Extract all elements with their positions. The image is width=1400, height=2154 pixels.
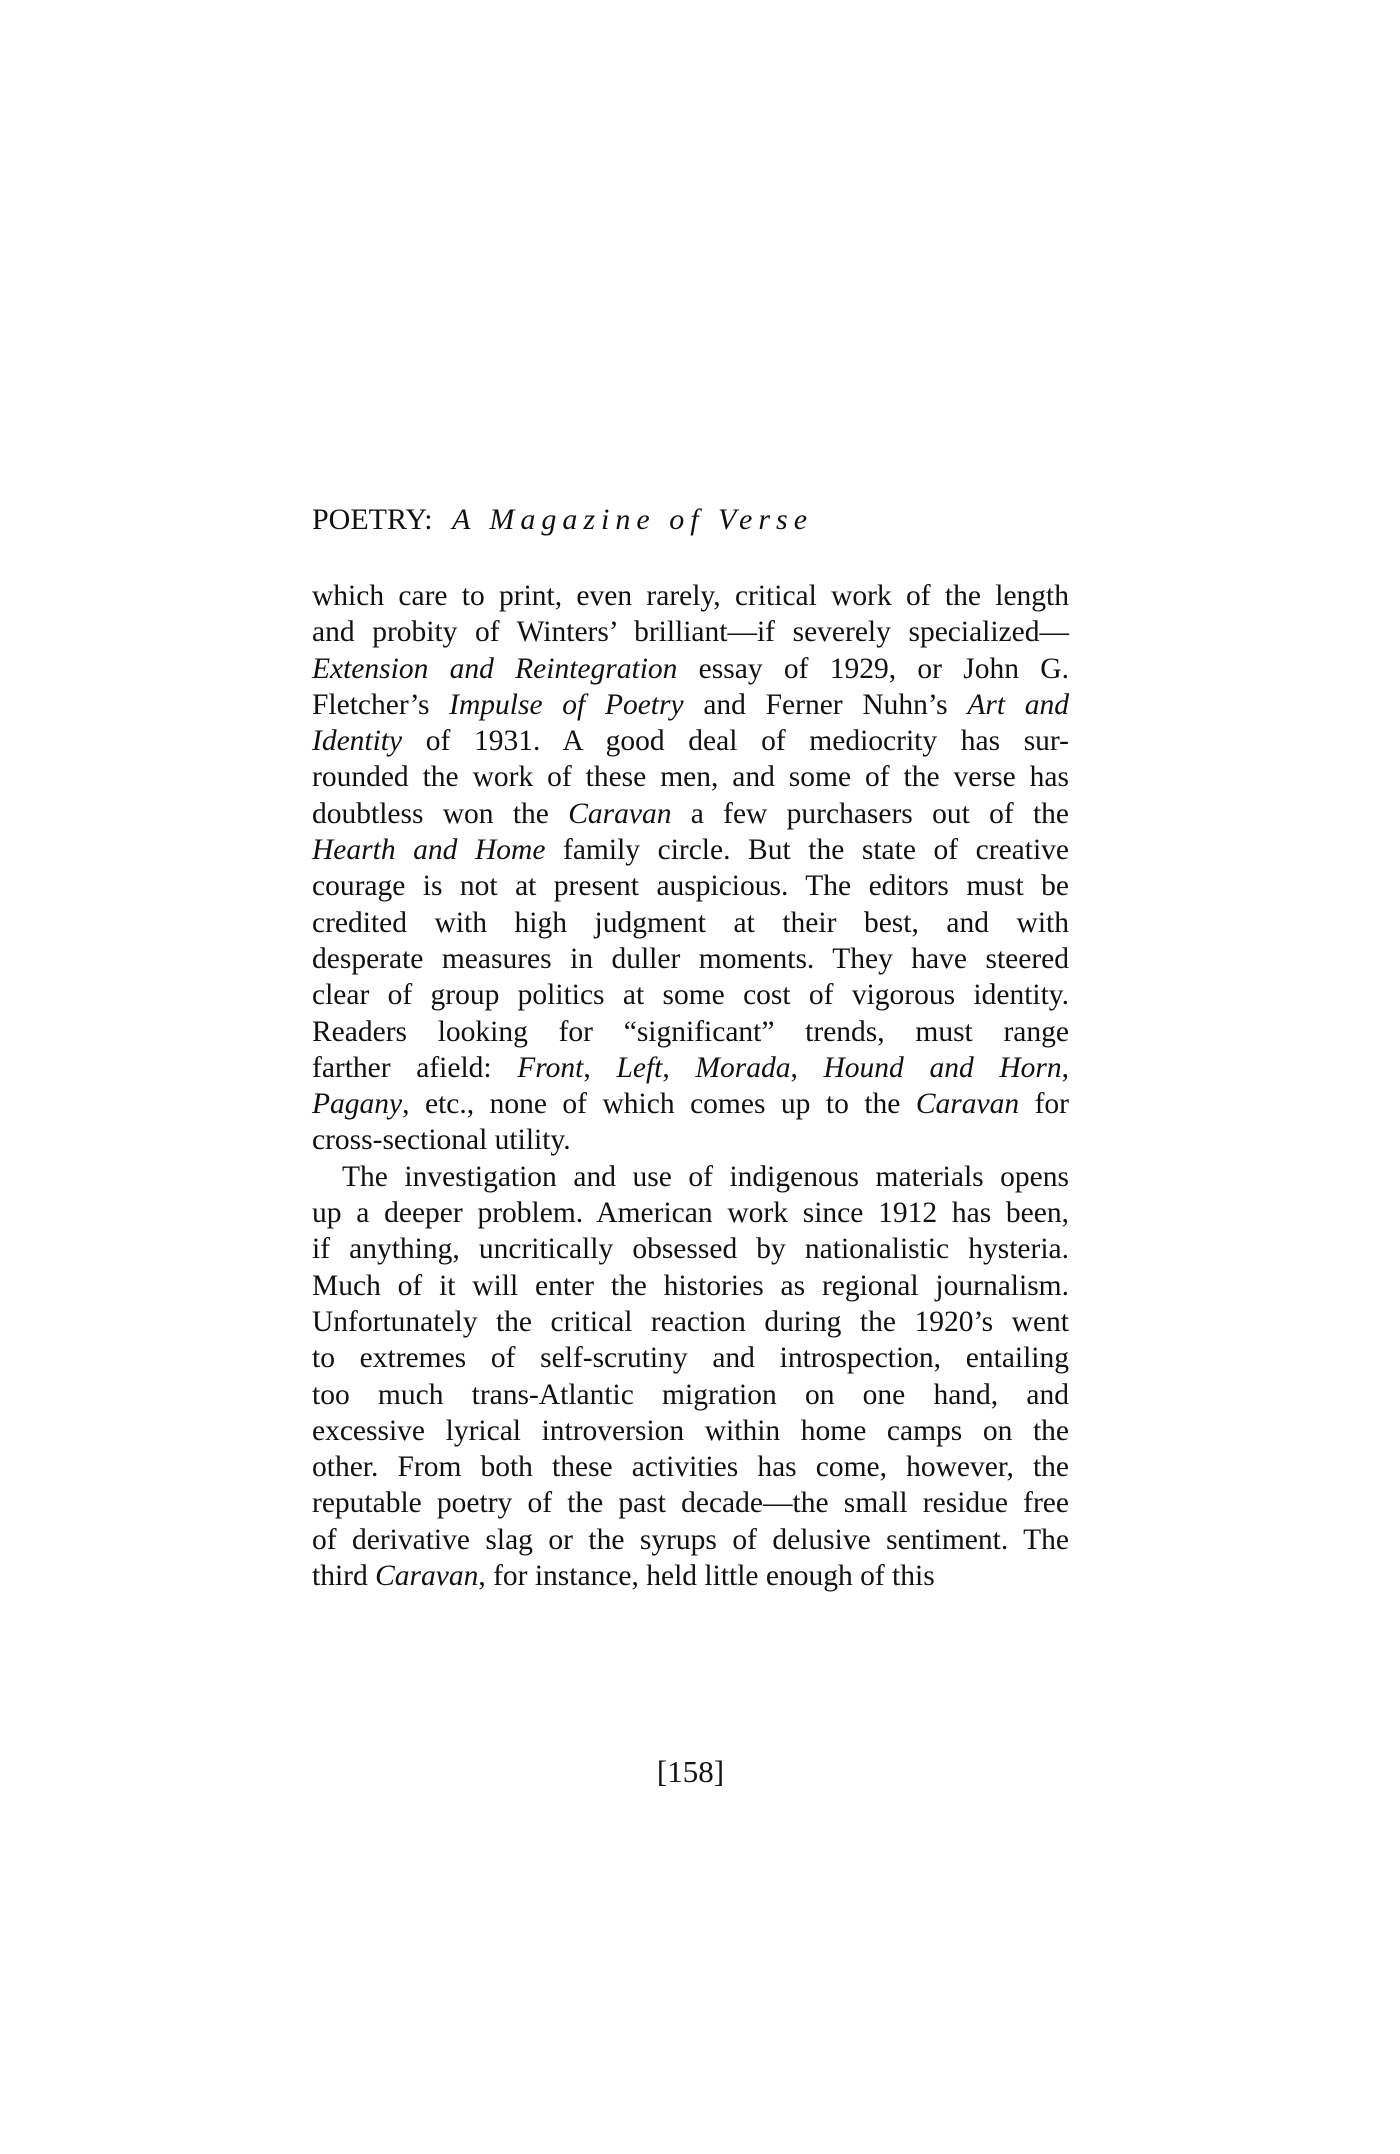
text-line: Readers looking for “significant” trends…	[312, 1014, 1069, 1050]
magazine-subtitle: A Magazine of Verse	[452, 503, 813, 536]
text-run: doubtless won the	[312, 798, 568, 830]
text-run: ,	[1062, 1052, 1069, 1084]
italic-title: Impulse of Poetry	[449, 689, 683, 721]
text-line: credited with high judgment at their bes…	[312, 905, 1069, 941]
text-line: cross-sectional utility.	[312, 1122, 1069, 1158]
text-run: ,	[583, 1052, 616, 1084]
text-run: ,	[662, 1052, 695, 1084]
text-line: Much of it will enter the histories as r…	[312, 1268, 1069, 1304]
text-line: to extremes of self-scrutiny and introsp…	[312, 1340, 1069, 1376]
text-run: , for instance, held little enough of th…	[478, 1560, 934, 1592]
text-run: cross-sectional utility.	[312, 1124, 571, 1156]
text-line: reputable poetry of the past decade—the …	[312, 1485, 1069, 1521]
text-run: The investigation and use of indigenous …	[342, 1161, 1069, 1193]
text-line: up a deeper problem. American work since…	[312, 1195, 1069, 1231]
paragraph: which care to print, even rarely, critic…	[312, 578, 1069, 1159]
italic-title: Identity	[312, 725, 402, 757]
italic-title: Pagany	[312, 1088, 402, 1120]
italic-title: Hearth and Home	[312, 834, 545, 866]
text-line: if anything, uncritically obsessed by na…	[312, 1231, 1069, 1267]
text-line: Hearth and Home family circle. But the s…	[312, 832, 1069, 868]
text-run: clear of group politics at some cost of …	[312, 979, 1069, 1011]
text-run: third	[312, 1560, 375, 1592]
text-line: and probity of Winters’ brilliant—if sev…	[312, 614, 1069, 650]
text-run: to extremes of self-scrutiny and introsp…	[312, 1342, 1069, 1374]
magazine-page: POETRY: A Magazine of Verse which care t…	[312, 500, 1069, 1594]
text-run: of derivative slag or the syrups of delu…	[312, 1524, 1069, 1556]
text-run: Unfortunately the critical reaction duri…	[312, 1306, 1069, 1338]
text-run: credited with high judgment at their bes…	[312, 907, 1069, 939]
text-run: too much trans-Atlantic migration on one…	[312, 1379, 1069, 1411]
magazine-name: POETRY:	[312, 503, 433, 536]
text-line: third Caravan, for instance, held little…	[312, 1558, 1069, 1594]
text-run: , etc., none of which comes up to the	[402, 1088, 916, 1120]
text-run: farther afield:	[312, 1052, 517, 1084]
text-run: essay of 1929, or John G.	[677, 653, 1069, 685]
text-line: Identity of 1931. A good deal of mediocr…	[312, 723, 1069, 759]
text-run: if anything, uncritically obsessed by na…	[312, 1233, 1069, 1265]
text-run: other. From both these activities has co…	[312, 1451, 1069, 1483]
italic-title: Left	[616, 1052, 662, 1084]
text-line: farther afield: Front, Left, Morada, Hou…	[312, 1050, 1069, 1086]
italic-title: Front	[517, 1052, 583, 1084]
italic-title: Hound and Horn	[824, 1052, 1062, 1084]
text-run: which care to print, even rarely, critic…	[312, 580, 1069, 612]
text-run: ,	[790, 1052, 823, 1084]
italic-title: Caravan	[568, 798, 671, 830]
text-line: clear of group politics at some cost of …	[312, 977, 1069, 1013]
italic-title: Art and	[967, 689, 1069, 721]
text-line: rounded the work of these men, and some …	[312, 759, 1069, 795]
italic-title: Extension and Reintegration	[312, 653, 677, 685]
text-run: a few purchasers out of the	[671, 798, 1069, 830]
text-line: excessive lyrical introversion within ho…	[312, 1413, 1069, 1449]
text-run: and Ferner Nuhn’s	[684, 689, 968, 721]
running-head: POETRY: A Magazine of Verse	[312, 500, 1069, 540]
text-line: too much trans-Atlantic migration on one…	[312, 1377, 1069, 1413]
text-line: Pagany, etc., none of which comes up to …	[312, 1086, 1069, 1122]
text-line: Unfortunately the critical reaction duri…	[312, 1304, 1069, 1340]
text-run: excessive lyrical introversion within ho…	[312, 1415, 1069, 1447]
text-line: The investigation and use of indigenous …	[312, 1159, 1069, 1195]
text-line: which care to print, even rarely, critic…	[312, 578, 1069, 614]
text-run: family circle. But the state of creative	[545, 834, 1069, 866]
text-run: Much of it will enter the histories as r…	[312, 1270, 1069, 1302]
text-line: other. From both these activities has co…	[312, 1449, 1069, 1485]
text-run: Fletcher’s	[312, 689, 449, 721]
italic-title: Caravan	[916, 1088, 1019, 1120]
article-body: which care to print, even rarely, critic…	[312, 578, 1069, 1594]
text-run: for	[1019, 1088, 1069, 1120]
text-run: and probity of Winters’ brilliant—if sev…	[312, 616, 1069, 648]
text-run: desperate measures in duller moments. Th…	[312, 943, 1069, 975]
text-line: Fletcher’s Impulse of Poetry and Ferner …	[312, 687, 1069, 723]
text-run: courage is not at present auspicious. Th…	[312, 870, 1069, 902]
italic-title: Morada	[695, 1052, 790, 1084]
text-line: Extension and Reintegration essay of 192…	[312, 651, 1069, 687]
text-run: Readers looking for “significant” trends…	[312, 1016, 1069, 1048]
text-line: desperate measures in duller moments. Th…	[312, 941, 1069, 977]
text-line: courage is not at present auspicious. Th…	[312, 868, 1069, 904]
text-line: doubtless won the Caravan a few purchase…	[312, 796, 1069, 832]
italic-title: Caravan	[375, 1560, 478, 1592]
paragraph: The investigation and use of indigenous …	[312, 1159, 1069, 1595]
page-number: [158]	[312, 1752, 1069, 1792]
text-run: reputable poetry of the past decade—the …	[312, 1487, 1069, 1519]
text-run: up a deeper problem. American work since…	[312, 1197, 1069, 1229]
text-run: rounded the work of these men, and some …	[312, 761, 1069, 793]
text-run: of 1931. A good deal of mediocrity has s…	[402, 725, 1069, 757]
text-line: of derivative slag or the syrups of delu…	[312, 1522, 1069, 1558]
